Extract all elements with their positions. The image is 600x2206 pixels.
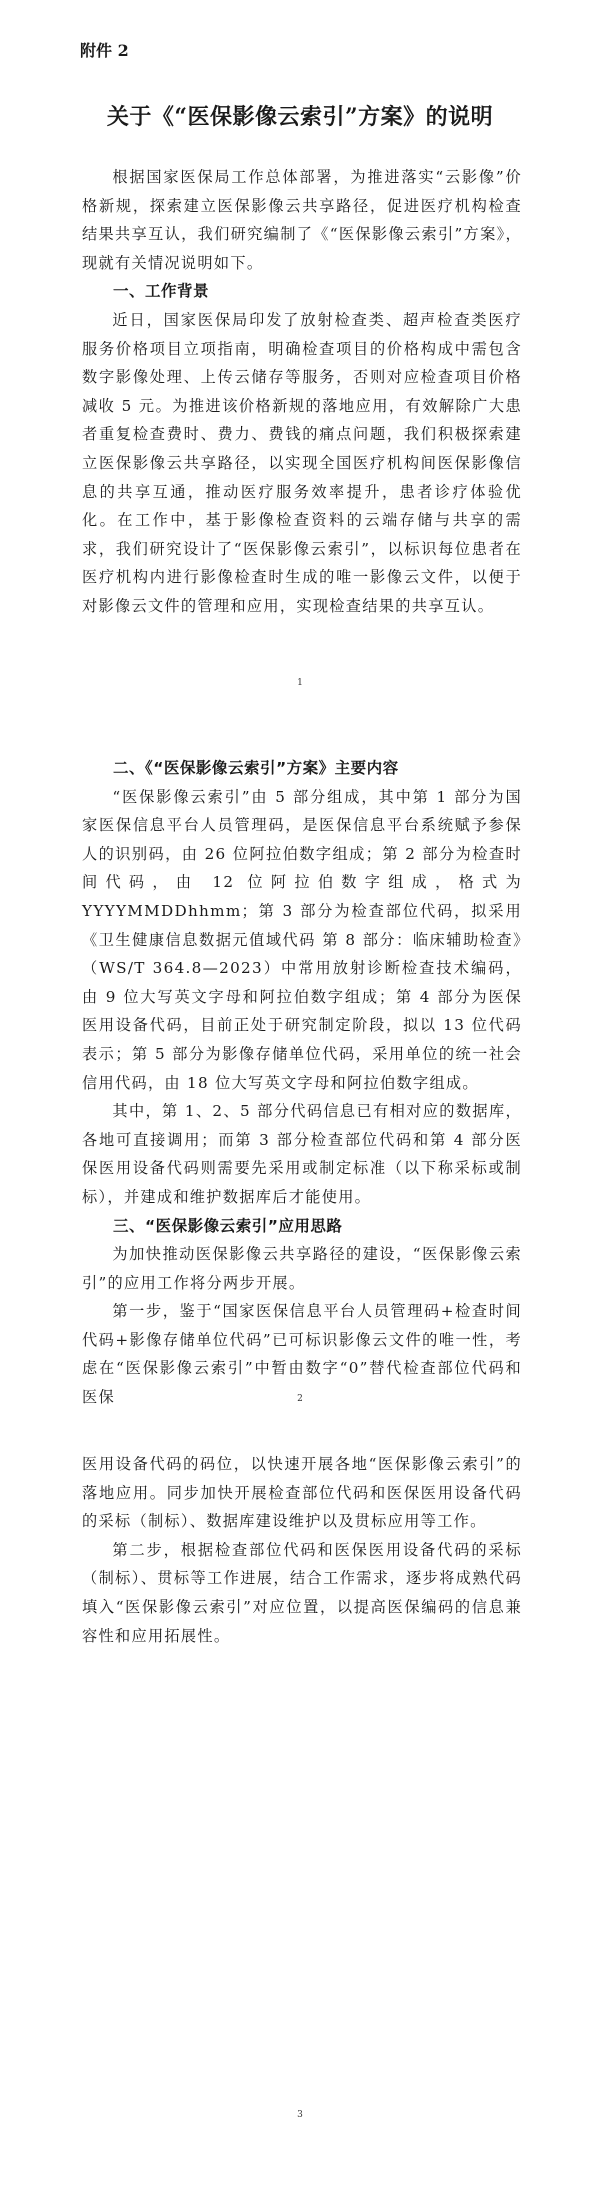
page-2-body: 二、《“医保影像云索引”方案》主要内容 “医保影像云索引”由 5 部分组成，其中…	[82, 754, 522, 1412]
application-intro-paragraph: 为加快推动医保影像云共享路径的建设，“医保影像云索引”的应用工作将分两步开展。	[82, 1240, 522, 1297]
document-title: 关于《“医保影像云索引”方案》的说明	[0, 100, 600, 131]
page-1: 附件 2 关于《“医保影像云索引”方案》的说明 根据国家医保局工作总体部署，为推…	[0, 0, 600, 720]
attachment-label: 附件 2	[80, 38, 129, 61]
page-1-body: 根据国家医保局工作总体部署，为推进落实“云影像”价格新规，探索建立医保影像云共享…	[82, 163, 522, 621]
page-number: 1	[0, 678, 600, 688]
step-one-continuation: 医用设备代码的码位，以快速开展各地“医保影像云索引”的落地应用。同步加快开展检查…	[82, 1450, 522, 1536]
composition-paragraph: “医保影像云索引”由 5 部分组成，其中第 1 部分为国家医保信息平台人员管理码…	[82, 783, 522, 1098]
intro-paragraph: 根据国家医保局工作总体部署，为推进落实“云影像”价格新规，探索建立医保影像云共享…	[82, 163, 522, 277]
step-two-paragraph: 第二步，根据检查部位代码和医保医用设备代码的采标（制标）、贯标等工作进展，结合工…	[82, 1536, 522, 1650]
background-paragraph: 近日，国家医保局印发了放射检查类、超声检查类医疗服务价格项目立项指南，明确检查项…	[82, 306, 522, 621]
section-heading-background: 一、工作背景	[82, 277, 522, 306]
page-number: 2	[0, 1394, 600, 1404]
section-heading-main-content: 二、《“医保影像云索引”方案》主要内容	[82, 754, 522, 783]
page-3-body: 医用设备代码的码位，以快速开展各地“医保影像云索引”的落地应用。同步加快开展检查…	[82, 1450, 522, 1650]
database-paragraph: 其中，第 1、2、5 部分代码信息已有相对应的数据库，各地可直接调用；而第 3 …	[82, 1097, 522, 1211]
section-heading-application: 三、“医保影像云索引”应用思路	[82, 1212, 522, 1241]
page-number: 3	[0, 2110, 600, 2120]
